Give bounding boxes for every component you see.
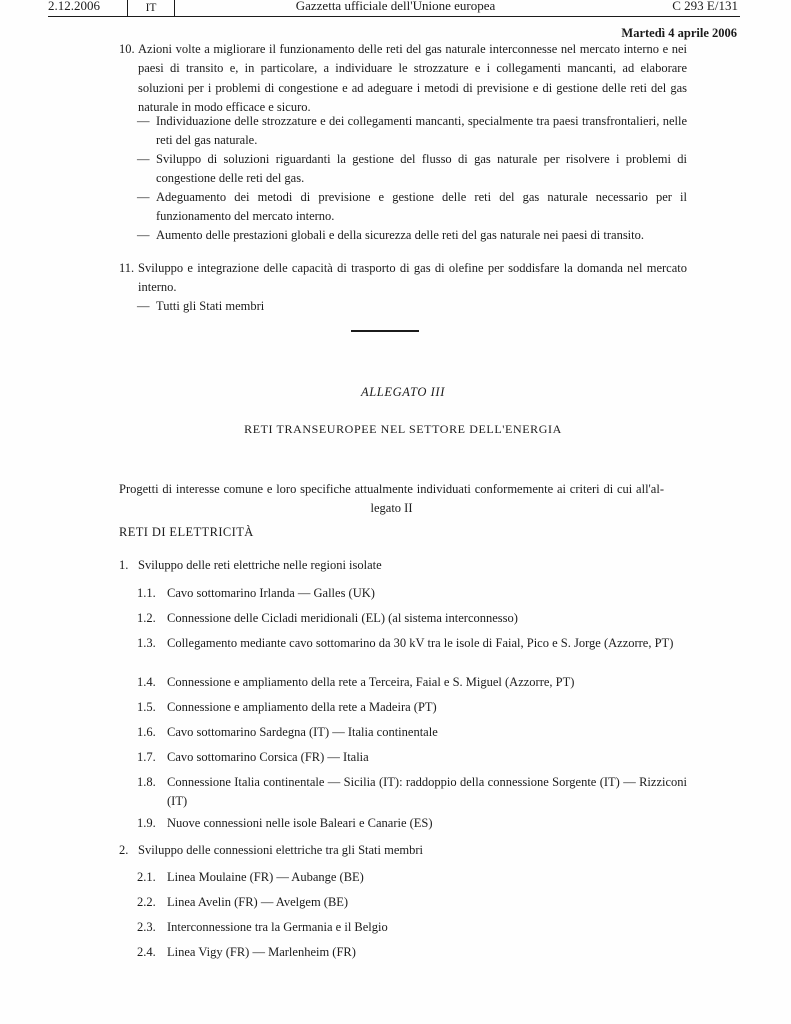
item-text: Connessione e ampliamento della rete a T… bbox=[167, 673, 687, 692]
item-text: Sviluppo e integrazione delle capacità d… bbox=[138, 259, 687, 298]
item-text: Connessione e ampliamento della rete a M… bbox=[167, 698, 687, 717]
item-text: Sviluppo delle connessioni elettriche tr… bbox=[138, 841, 687, 860]
list-item: 2.1. Linea Moulaine (FR) — Aubange (BE) bbox=[137, 868, 687, 887]
item-number: 1.7. bbox=[137, 748, 167, 767]
list-item: 1.8. Connessione Italia continentale — S… bbox=[137, 773, 687, 812]
dash-text: Sviluppo di soluzioni riguardanti la ges… bbox=[156, 150, 687, 189]
list-item: 1.2. Connessione delle Cicladi meridiona… bbox=[137, 609, 687, 628]
annex-intro-line1: Progetti di interesse comune e loro spec… bbox=[119, 480, 664, 499]
journal-page: 2.12.2006 IT Gazzetta ufficiale dell'Uni… bbox=[0, 0, 791, 1024]
item-text: Linea Vigy (FR) — Marlenheim (FR) bbox=[167, 943, 687, 962]
item-number: 1.6. bbox=[137, 723, 167, 742]
list-item: 1.5. Connessione e ampliamento della ret… bbox=[137, 698, 687, 717]
item-number: 1.3. bbox=[137, 634, 167, 653]
annex-intro-line2: legato II bbox=[119, 499, 664, 518]
item-number: 2.4. bbox=[137, 943, 167, 962]
list-item: 2.3. Interconnessione tra la Germania e … bbox=[137, 918, 687, 937]
item-text: Cavo sottomarino Irlanda — Galles (UK) bbox=[167, 584, 687, 603]
annex-intro: Progetti di interesse comune e loro spec… bbox=[119, 480, 664, 519]
dash-text: Tutti gli Stati membri bbox=[156, 297, 687, 316]
item-text: Azioni volte a migliorare il funzionamen… bbox=[138, 40, 687, 117]
item-number: 1.4. bbox=[137, 673, 167, 692]
item-number: 11. bbox=[119, 259, 138, 298]
annex-title: ALLEGATO III bbox=[119, 383, 687, 402]
dash-text: Adeguamento dei metodi di previsione e g… bbox=[156, 188, 687, 227]
list-item: 1.7. Cavo sottomarino Corsica (FR) — Ita… bbox=[137, 748, 687, 767]
item-text: Nuove connessioni nelle isole Baleari e … bbox=[167, 814, 687, 833]
list-item: 1.4. Connessione e ampliamento della ret… bbox=[137, 673, 687, 692]
dash-text: Individuazione delle strozzature e dei c… bbox=[156, 112, 687, 151]
list-item: 1.1. Cavo sottomarino Irlanda — Galles (… bbox=[137, 584, 687, 603]
annex-subtitle: RETI TRANSEUROPEE NEL SETTORE DELL'ENERG… bbox=[119, 420, 687, 439]
item-text: Cavo sottomarino Sardegna (IT) — Italia … bbox=[167, 723, 687, 742]
dash-item: — Aumento delle prestazioni globali e de… bbox=[137, 226, 687, 245]
dash-glyph: — bbox=[137, 297, 156, 316]
list-item: 2.2. Linea Avelin (FR) — Avelgem (BE) bbox=[137, 893, 687, 912]
item-number: 1. bbox=[119, 556, 138, 575]
item-number: 1.8. bbox=[137, 773, 167, 812]
list-item: 1.6. Cavo sottomarino Sardegna (IT) — It… bbox=[137, 723, 687, 742]
item-text: Collegamento mediante cavo sottomarino d… bbox=[167, 634, 687, 653]
dash-glyph: — bbox=[137, 226, 156, 245]
item-number: 1.9. bbox=[137, 814, 167, 833]
dash-glyph: — bbox=[137, 112, 156, 151]
item-number: 1.1. bbox=[137, 584, 167, 603]
item-number: 2.2. bbox=[137, 893, 167, 912]
item-number: 2. bbox=[119, 841, 138, 860]
item-text: Connessione delle Cicladi meridionali (E… bbox=[167, 609, 687, 628]
item-text: Sviluppo delle reti elettriche nelle reg… bbox=[138, 556, 687, 575]
dash-item: — Sviluppo di soluzioni riguardanti la g… bbox=[137, 150, 687, 189]
section-separator bbox=[351, 330, 419, 332]
document-body: 10. Azioni volte a migliorare il funzion… bbox=[119, 0, 687, 1024]
list-item-11: 11. Sviluppo e integrazione delle capaci… bbox=[119, 259, 687, 298]
section-2-title: 2. Sviluppo delle connessioni elettriche… bbox=[119, 841, 687, 860]
electricity-heading: RETI DI ELETTRICITÀ bbox=[119, 523, 687, 542]
item-text: Interconnessione tra la Germania e il Be… bbox=[167, 918, 687, 937]
item-text: Linea Avelin (FR) — Avelgem (BE) bbox=[167, 893, 687, 912]
item-number: 2.3. bbox=[137, 918, 167, 937]
dash-text: Aumento delle prestazioni globali e dell… bbox=[156, 226, 687, 245]
list-item: 1.3. Collegamento mediante cavo sottomar… bbox=[137, 634, 687, 653]
item-text: Cavo sottomarino Corsica (FR) — Italia bbox=[167, 748, 687, 767]
dash-item: — Adeguamento dei metodi di previsione e… bbox=[137, 188, 687, 227]
list-item-10: 10. Azioni volte a migliorare il funzion… bbox=[119, 40, 687, 117]
section-1-title: 1. Sviluppo delle reti elettriche nelle … bbox=[119, 556, 687, 575]
item-text: Linea Moulaine (FR) — Aubange (BE) bbox=[167, 868, 687, 887]
item-number: 1.2. bbox=[137, 609, 167, 628]
dash-glyph: — bbox=[137, 188, 156, 227]
list-item: 1.9. Nuove connessioni nelle isole Balea… bbox=[137, 814, 687, 833]
dash-glyph: — bbox=[137, 150, 156, 189]
dash-item: — Tutti gli Stati membri bbox=[137, 297, 687, 316]
item-number: 10. bbox=[119, 40, 138, 117]
list-item: 2.4. Linea Vigy (FR) — Marlenheim (FR) bbox=[137, 943, 687, 962]
dash-item: — Individuazione delle strozzature e dei… bbox=[137, 112, 687, 151]
item-number: 1.5. bbox=[137, 698, 167, 717]
item-text: Connessione Italia continentale — Sicili… bbox=[167, 773, 687, 812]
item-number: 2.1. bbox=[137, 868, 167, 887]
